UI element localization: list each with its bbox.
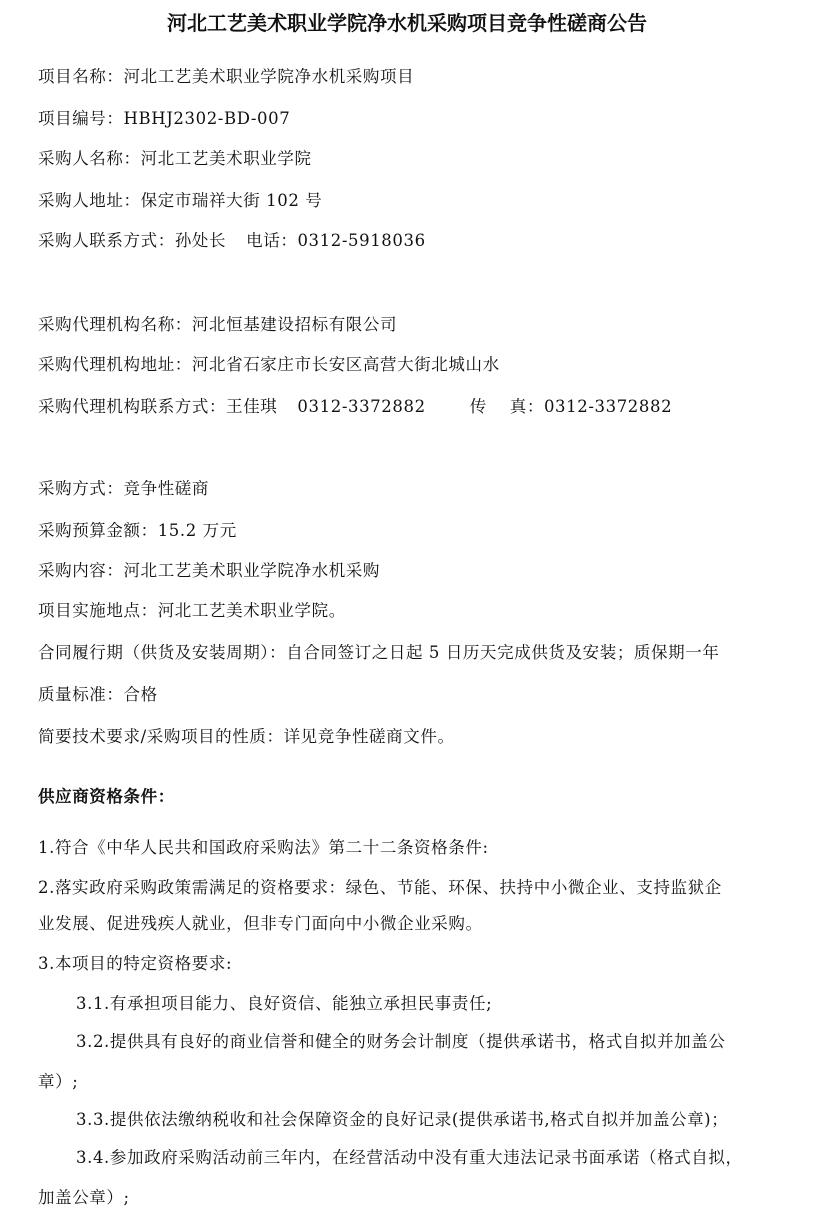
agency-phone-value: 0312-3372882: [297, 397, 425, 416]
agency-address-label: 采购代理机构地址：: [38, 355, 192, 374]
budget-value: 15.2 万元: [158, 521, 237, 540]
period-row: 合同履行期（供货及安装周期）：自合同签订之日起 5 日历天完成供货及安装；质保期…: [38, 642, 719, 664]
qualification-subitem: 3.2.提供具有良好的商业信誉和健全的财务会计制度（提供承诺书，格式自拟并加盖公: [76, 1031, 726, 1053]
project-name-value: 河北工艺美术职业学院净水机采购项目: [124, 67, 415, 86]
agency-name-value: 河北恒基建设招标有限公司: [192, 315, 397, 334]
document-title: 河北工艺美术职业学院净水机采购项目竞争性磋商公告: [0, 8, 814, 38]
budget-label: 采购预算金额：: [38, 521, 158, 540]
tech-value: 详见竞争性磋商文件。: [284, 727, 455, 746]
project-name-label: 项目名称：: [38, 67, 124, 86]
project-name-row: 项目名称：河北工艺美术职业学院净水机采购项目: [38, 66, 414, 88]
content-label: 采购内容：: [38, 561, 124, 580]
qualification-heading: 供应商资格条件：: [38, 786, 175, 808]
content-value: 河北工艺美术职业学院净水机采购: [124, 561, 381, 580]
method-value: 竞争性磋商: [124, 479, 210, 498]
agency-contact-row: 采购代理机构联系方式：王佳琪0312-3372882传 真：0312-33728…: [38, 396, 672, 418]
content-row: 采购内容：河北工艺美术职业学院净水机采购: [38, 560, 380, 582]
location-value: 河北工艺美术职业学院。: [158, 601, 346, 620]
qualification-subitem: 3.1.有承担项目能力、良好资信、能独立承担民事责任;: [76, 993, 492, 1015]
project-number-label: 项目编号：: [38, 109, 124, 128]
tech-label: 简要技术要求/采购项目的性质：: [38, 727, 284, 746]
purchaser-address-label: 采购人地址：: [38, 191, 141, 210]
agency-name-label: 采购代理机构名称：: [38, 315, 192, 334]
method-label: 采购方式：: [38, 479, 124, 498]
purchaser-phone-label: 电话：: [246, 231, 297, 250]
purchaser-phone-value: 0312-5918036: [297, 231, 425, 250]
purchaser-contact-person: 孙处长: [175, 231, 226, 250]
qualification-subitem: 3.3.提供依法缴纳税收和社会保障资金的良好记录(提供承诺书,格式自拟并加盖公章…: [76, 1109, 728, 1131]
budget-row: 采购预算金额：15.2 万元: [38, 520, 237, 542]
purchaser-contact-row: 采购人联系方式：孙处长电话：0312-5918036: [38, 230, 426, 252]
project-number-value: HBHJ2302-BD-007: [124, 109, 291, 128]
qualification-item: 3.本项目的特定资格要求:: [38, 953, 232, 975]
quality-label: 质量标准：: [38, 685, 124, 704]
purchaser-name-label: 采购人名称：: [38, 149, 141, 168]
qualification-subitem: 3.4.参加政府采购活动前三年内，在经营活动中没有重大违法记录书面承诺（格式自拟…: [76, 1147, 743, 1169]
purchaser-name-row: 采购人名称：河北工艺美术职业学院: [38, 148, 312, 170]
agency-address-value: 河北省石家庄市长安区高营大街北城山水: [192, 355, 500, 374]
agency-fax-value: 0312-3372882: [544, 397, 672, 416]
location-label: 项目实施地点：: [38, 601, 158, 620]
agency-contact-person: 王佳琪: [226, 397, 277, 416]
qualification-item: 1.符合《中华人民共和国政府采购法》第二十二条资格条件:: [38, 837, 489, 859]
purchaser-contact-label: 采购人联系方式：: [38, 231, 175, 250]
purchaser-address-row: 采购人地址：保定市瑞祥大街 102 号: [38, 190, 322, 212]
agency-contact-label: 采购代理机构联系方式：: [38, 397, 226, 416]
qualification-subitem-continued: 章）;: [38, 1071, 78, 1093]
purchaser-address-value: 保定市瑞祥大街 102 号: [141, 191, 323, 210]
quality-row: 质量标准：合格: [38, 684, 158, 706]
project-number-row: 项目编号：HBHJ2302-BD-007: [38, 108, 290, 130]
tech-row: 简要技术要求/采购项目的性质：详见竞争性磋商文件。: [38, 726, 455, 748]
location-row: 项目实施地点：河北工艺美术职业学院。: [38, 600, 346, 622]
purchaser-name-value: 河北工艺美术职业学院: [141, 149, 312, 168]
method-row: 采购方式：竞争性磋商: [38, 478, 209, 500]
qualification-subitem-continued: 加盖公章）;: [38, 1187, 130, 1208]
period-label: 合同履行期（供货及安装周期）：: [38, 643, 286, 662]
period-value: 自合同签订之日起 5 日历天完成供货及安装；质保期一年: [286, 643, 719, 662]
quality-value: 合格: [124, 685, 158, 704]
agency-address-row: 采购代理机构地址：河北省石家庄市长安区高营大街北城山水: [38, 354, 500, 376]
qualification-item: 2.落实政府采购政策需满足的资格要求：绿色、节能、环保、扶持中小微企业、支持监狱…: [38, 877, 722, 899]
agency-name-row: 采购代理机构名称：河北恒基建设招标有限公司: [38, 314, 397, 336]
qualification-item: 业发展、促进残疾人就业，但非专门面向中小微企业采购。: [38, 913, 483, 935]
agency-fax-label: 传 真：: [470, 397, 544, 416]
